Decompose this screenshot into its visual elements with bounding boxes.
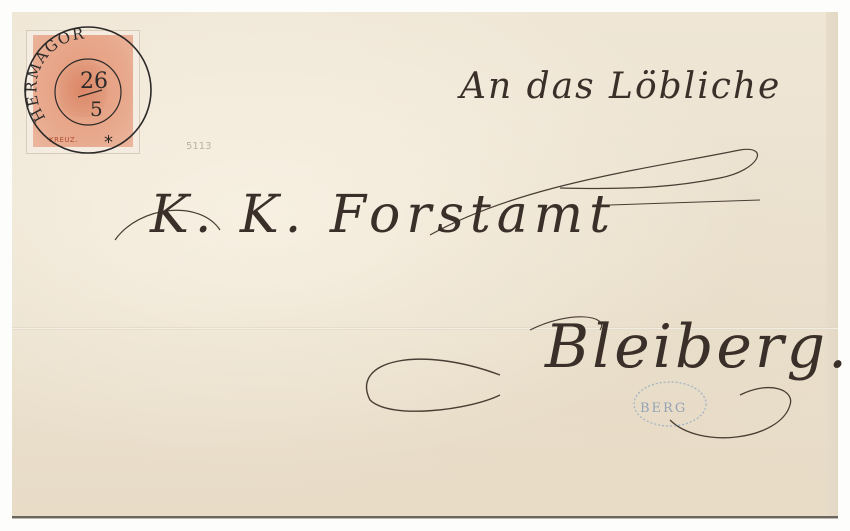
address-line-2: K. K. Forstamt [150, 185, 616, 245]
arrival-postmark-text: BERG [640, 401, 687, 416]
arrival-postmark: BERG [630, 368, 720, 428]
address-line-1: An das Löbliche [460, 66, 781, 107]
